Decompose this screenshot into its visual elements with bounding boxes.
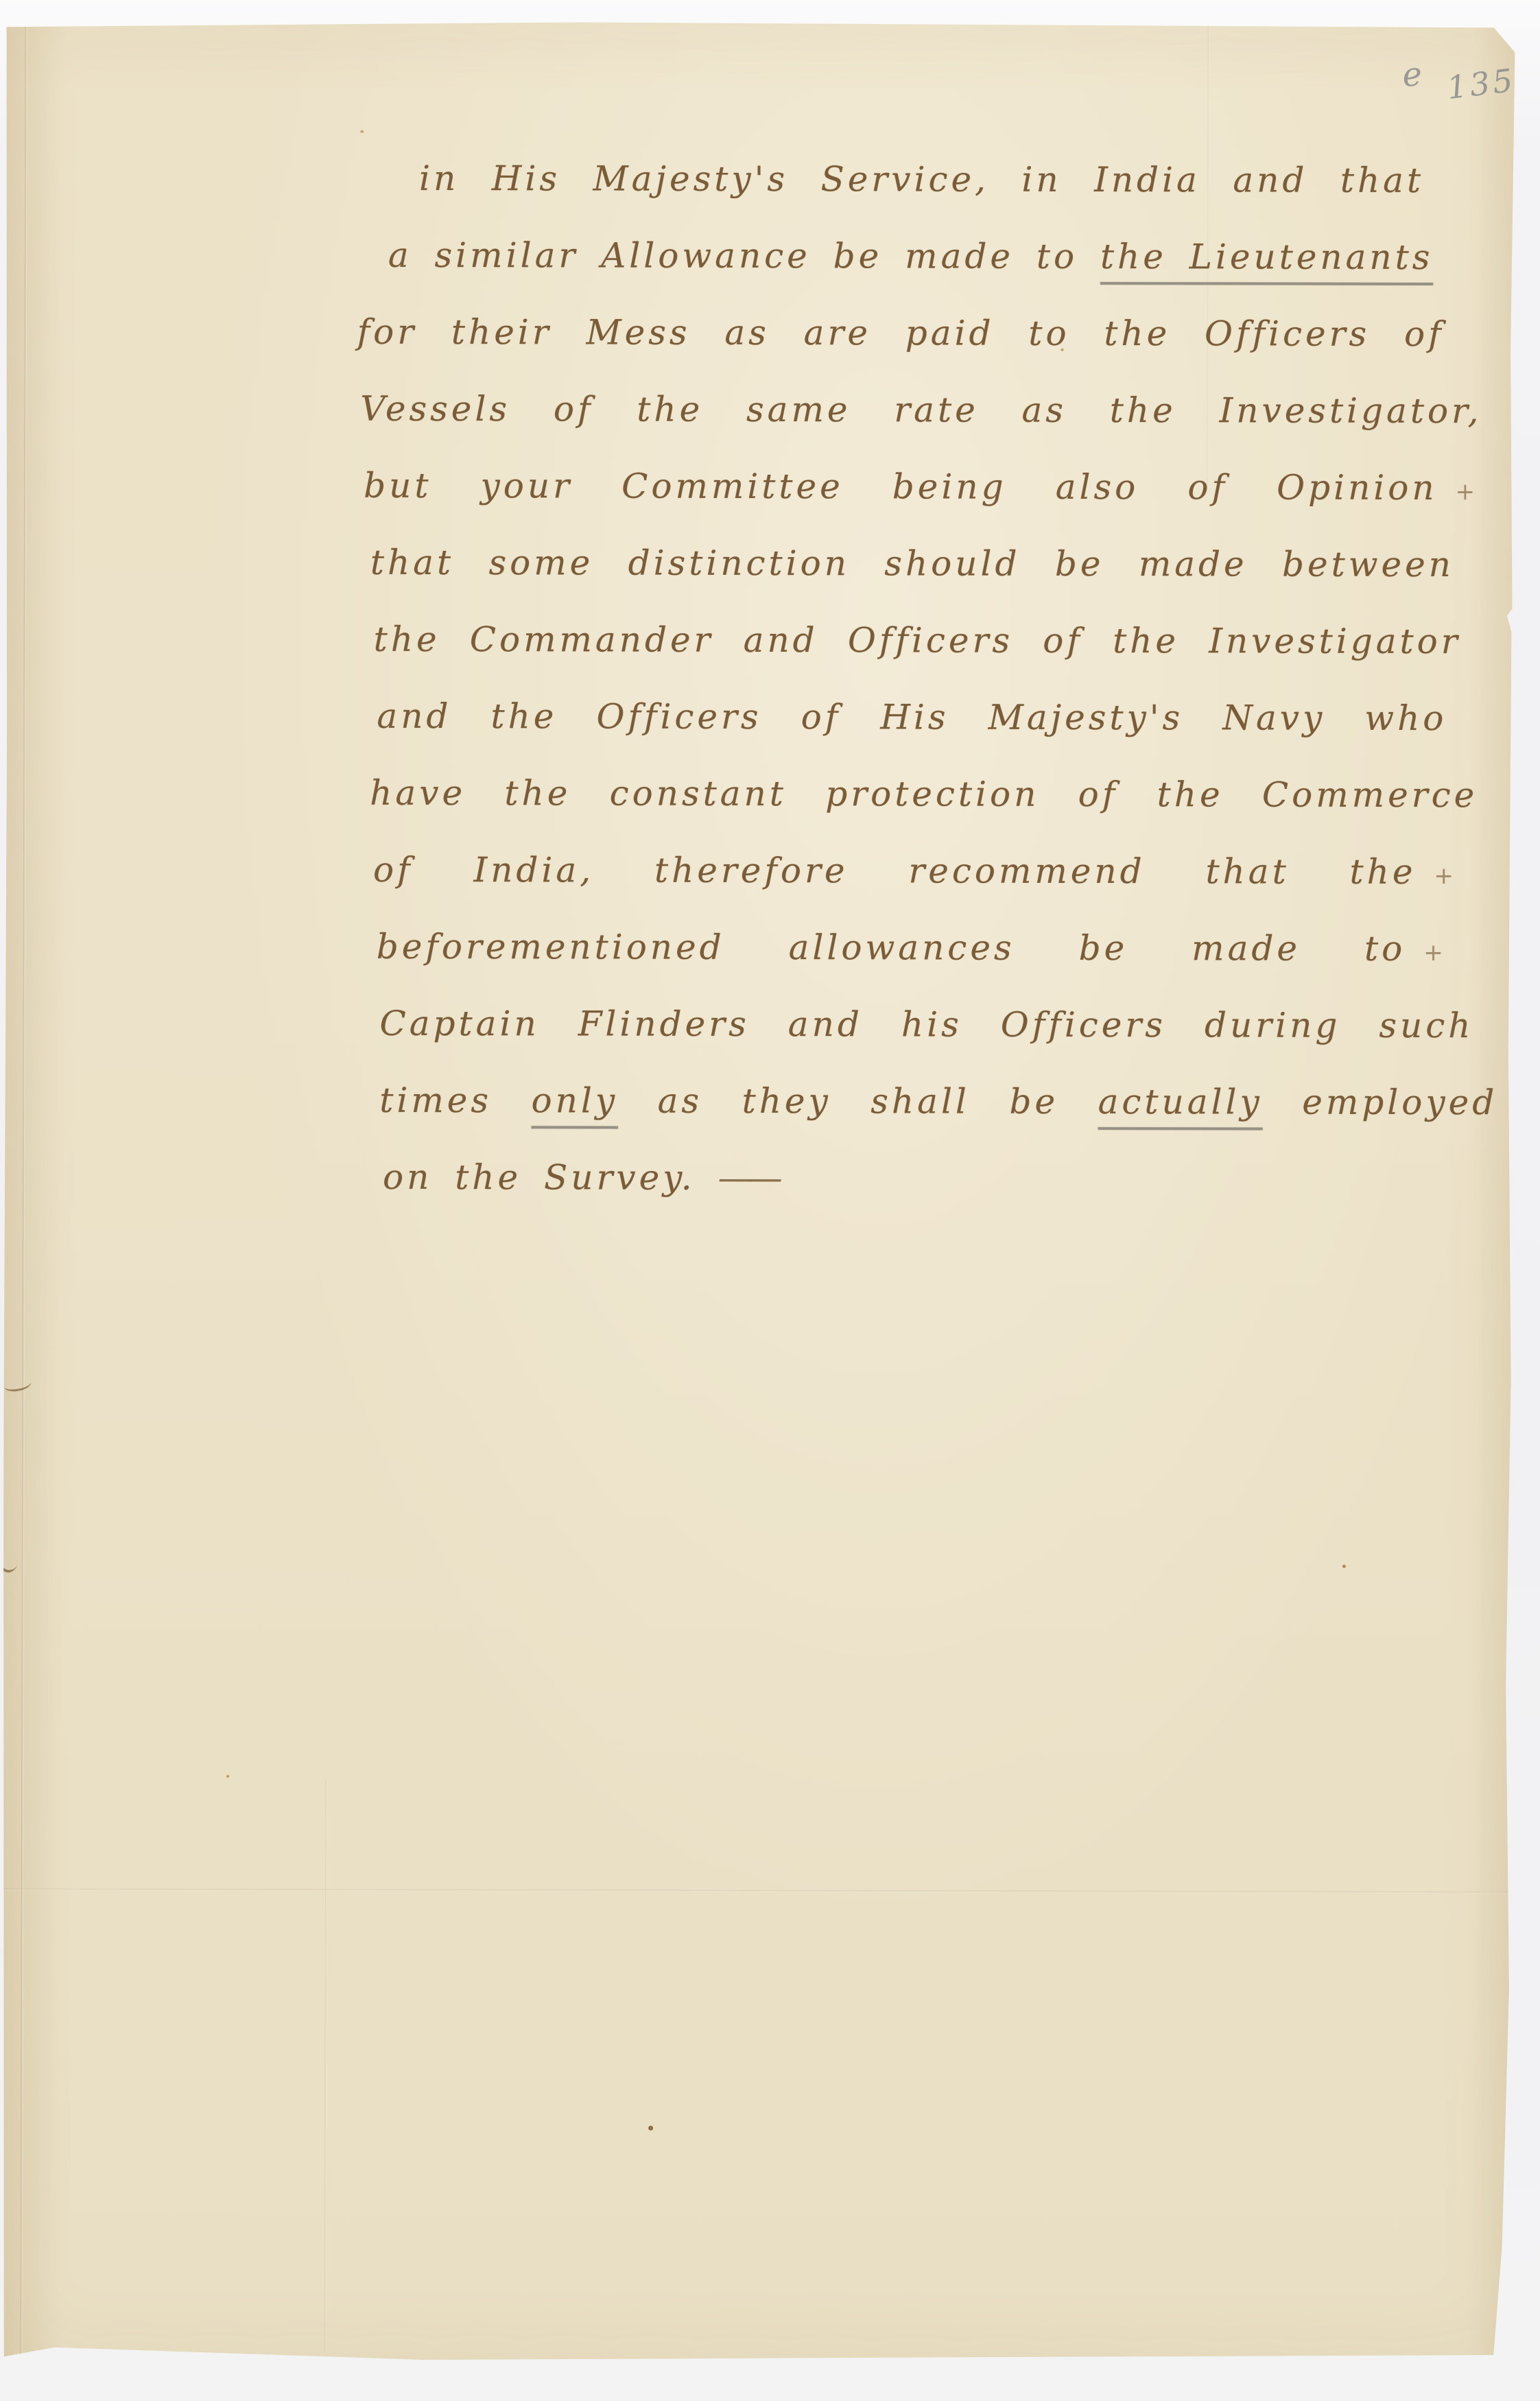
- handwritten-text: Vessels of the same rate as the Investig…: [360, 389, 1482, 431]
- manuscript-line: of India, therefore recommend that the+: [373, 834, 1454, 913]
- handwritten-text: beforementioned allowances be made to: [377, 927, 1406, 969]
- pencil-underlined-text: the Lieutenants: [1100, 237, 1434, 277]
- handwritten-text: a similar Allowance be made to: [388, 235, 1100, 276]
- manuscript-line: that some distinction should be made bet…: [370, 527, 1454, 606]
- pencil-underlined-text: actually: [1098, 1082, 1263, 1122]
- handwritten-text: as they shall be: [618, 1081, 1098, 1122]
- manuscript-line: for their Mess as are paid to the Office…: [357, 296, 1444, 375]
- manuscript-line: Captain Flinders and his Officers during…: [379, 988, 1473, 1067]
- folio-letter-annotation: e: [1401, 55, 1423, 95]
- manuscript-line: beforementioned allowances be made to+: [377, 911, 1443, 990]
- paper-speck: [226, 1775, 229, 1777]
- handwritten-text: of India, therefore recommend that the: [373, 850, 1417, 892]
- manuscript-line: on the Survey. ——: [383, 1142, 1000, 1220]
- handwritten-text: for their Mess as are paid to the Office…: [357, 312, 1445, 354]
- manuscript-line: the Commander and Officers of the Invest…: [374, 604, 1461, 683]
- handwritten-text: Captain Flinders and his Officers during…: [379, 1004, 1473, 1045]
- handwritten-text: but your Committee being also of Opinion: [364, 466, 1438, 508]
- stray-ink-mark: [0, 1548, 22, 1575]
- vertical-crease-lower: [324, 1778, 328, 2353]
- handwritten-text: the Commander and Officers of the Invest…: [374, 619, 1461, 661]
- closing-dash: ——: [718, 1158, 779, 1198]
- manuscript-line: in His Majesty's Service, in India and t…: [419, 143, 1424, 222]
- stray-ink-mark: [3, 1375, 32, 1393]
- horizontal-crease: [3, 1889, 1511, 1894]
- handwritten-text: that some distinction should be made bet…: [370, 543, 1454, 584]
- line-filler-mark: +: [1406, 939, 1443, 967]
- manuscript-line: times only as they shall be actually emp…: [379, 1065, 1497, 1144]
- manuscript-line: Vessels of the same rate as the Investig…: [360, 373, 1482, 452]
- folio-number-annotation: 135: [1445, 61, 1518, 106]
- line-filler-mark: +: [1438, 478, 1476, 506]
- manuscript-lines: in His Majesty's Service, in India and t…: [4, 142, 1515, 1221]
- line-filler-mark: +: [1416, 862, 1454, 890]
- manuscript-line: have the constant protection of the Comm…: [370, 757, 1478, 836]
- handwritten-text: employed: [1263, 1083, 1498, 1123]
- scan-background: { "document": { "kind": "handwritten-man…: [0, 0, 1540, 2401]
- manuscript-line: but your Committee being also of Opinion…: [364, 450, 1475, 529]
- manuscript-page: e 135 in His Majesty's Service, in India…: [1, 21, 1515, 2363]
- manuscript-line: and the Officers of His Majesty's Navy w…: [377, 681, 1447, 759]
- handwritten-text: times: [379, 1080, 531, 1120]
- handwritten-text: and the Officers of His Majesty's Navy w…: [377, 696, 1447, 738]
- paper-speck: [648, 2126, 653, 2131]
- manuscript-line: a similar Allowance be made to the Lieut…: [388, 220, 1402, 298]
- handwritten-text: in His Majesty's Service, in India and t…: [419, 158, 1424, 200]
- handwritten-text: have the constant protection of the Comm…: [370, 773, 1478, 815]
- paper-speck: [1061, 348, 1064, 351]
- pencil-underlined-text: only: [531, 1080, 618, 1120]
- handwritten-text: on the Survey.: [383, 1157, 718, 1198]
- paper-speck: [1342, 1565, 1346, 1568]
- paper-speck: [360, 130, 364, 133]
